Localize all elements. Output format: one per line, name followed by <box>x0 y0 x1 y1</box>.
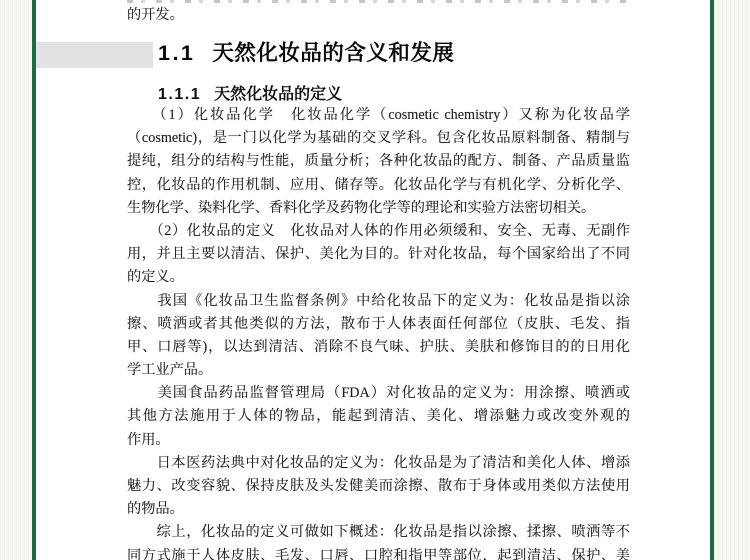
text-line: 学工业产品。 <box>127 359 630 382</box>
text-line: 同方式施于人体皮肤、毛发、口唇、口腔和指甲等部位，起到清洁、保护、美 <box>127 545 630 560</box>
text-line: 我国《化妆品卫生监督条例》中给化妆品下的定义为：化妆品是指以涂 <box>127 290 630 313</box>
text-line: 控，化妆品的作用机制、应用、储存等。化妆品化学与有机化学、分析化学、 <box>127 174 630 197</box>
subsection-heading: 1.1.1天然化妆品的定义 <box>158 84 342 105</box>
cropped-text-line-top <box>127 0 630 3</box>
book-page: 的开发。 1.1天然化妆品的含义和发展 1.1.1天然化妆品的定义 （1）化妆品… <box>36 0 710 560</box>
text-line: 用，并且主要以清洁、保护、美化为目的。针对化妆品，每个国家给出了不同 <box>127 243 630 266</box>
text-line: （cosmetic)，是一门以化学为基础的交叉学科。包含化妆品原料制备、精制与 <box>127 127 630 150</box>
section-title: 天然化妆品的含义和发展 <box>212 41 454 65</box>
body-text: （1）化妆品化学 化妆品化学（cosmetic chemistry）又称为化妆品… <box>127 104 630 560</box>
text-line: 综上，化妆品的定义可做如下概述：化妆品是指以涂擦、揉擦、喷洒等不 <box>127 521 630 544</box>
text-line: 的定义。 <box>127 266 630 289</box>
text-line: 生物化学、染料化学、香料化学及药物化学等的理论和实验方法密切相关。 <box>127 197 630 220</box>
book-right-margin <box>714 0 750 560</box>
section-heading: 1.1天然化妆品的含义和发展 <box>158 39 454 67</box>
section-number: 1.1 <box>158 41 195 65</box>
text-line: （2）化妆品的定义 化妆品对人体的作用必须缓和、安全、无毒、无副作 <box>127 220 630 243</box>
subsection-number: 1.1.1 <box>158 86 201 103</box>
book-left-margin <box>0 0 32 560</box>
text-line: 擦、喷洒或者其他类似的方法，散布于人体表面任何部位（皮肤、毛发、指 <box>127 313 630 336</box>
text-line: （1）化妆品化学 化妆品化学（cosmetic chemistry）又称为化妆品… <box>127 104 630 127</box>
text-line: 提纯，组分的结构与性能，质量分析；各种化妆品的配方、制备、产品质量监 <box>127 150 630 173</box>
text-line: 甲、口唇等)，以达到清洁、消除不良气味、护肤、美肤和修饰目的的日用化 <box>127 336 630 359</box>
text-line: 作用。 <box>127 429 630 452</box>
text-line: 其他方法施用于人体的物品，能起到清洁、美化、增添魅力或改变外观的 <box>127 405 630 428</box>
carryover-paragraph-line: 的开发。 <box>127 4 184 27</box>
subsection-title: 天然化妆品的定义 <box>214 86 342 103</box>
text-line: 日本医药法典中对化妆品的定义为：化妆品是为了清洁和美化人体、增添 <box>127 452 630 475</box>
text-line: 魅力、改变容貌、保持皮肤及头发健美而涂擦、散布于身体或用类似方法使用 <box>127 475 630 498</box>
text-line: 美国食品药品监督管理局（FDA）对化妆品的定义为：用涂擦、喷洒或 <box>127 382 630 405</box>
section-heading-bar <box>36 42 153 68</box>
text-line: 的物品。 <box>127 498 630 521</box>
